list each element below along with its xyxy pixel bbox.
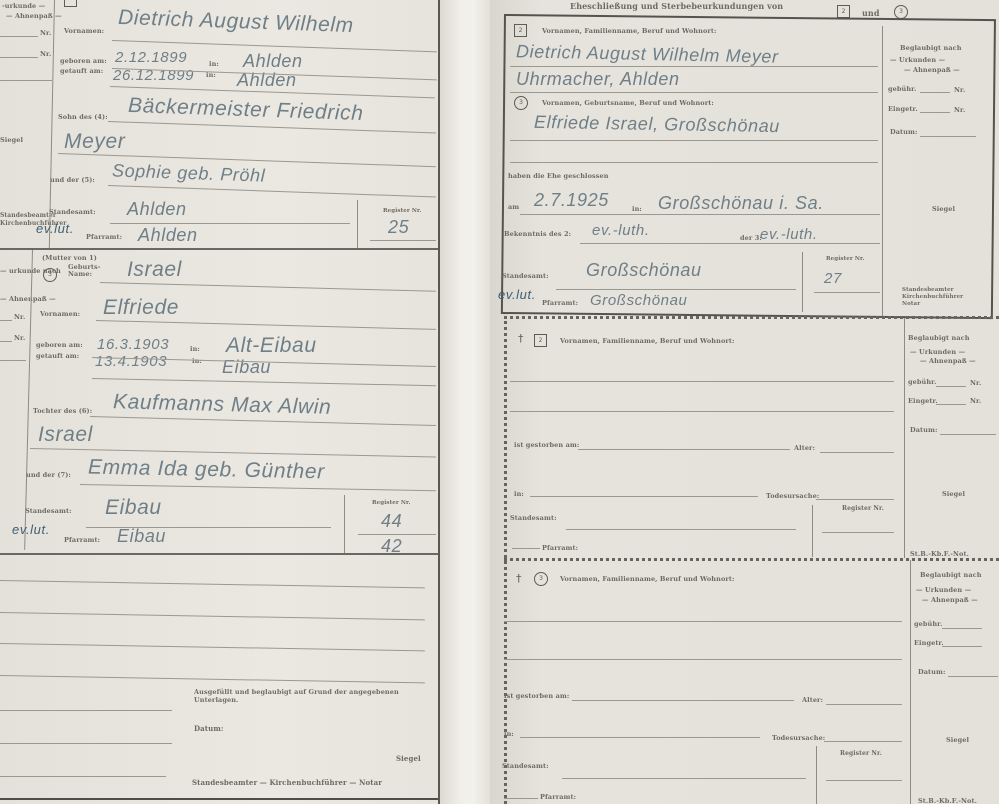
urkunden-label: — Urkunden — <box>890 56 945 64</box>
urkunden-label: — Urkunden — <box>910 348 965 356</box>
stub-label: Nr. <box>14 313 25 321</box>
circle-marker: 3 <box>894 5 908 19</box>
und-der-label: und der (7): <box>26 471 71 479</box>
todesursache-label: Todesursache: <box>772 734 825 742</box>
register-label: Register Nr. <box>383 208 422 214</box>
father-born-place: Ahlden <box>243 51 303 72</box>
geboren-label: geboren am: <box>36 341 83 349</box>
stub-label: Nr. <box>40 29 51 37</box>
bekenntnis-husband: ev.-luth. <box>592 222 650 239</box>
mother-baptism-date: 13.4.1903 <box>95 353 167 370</box>
left-page: -urkunde — — Ahnenpaß — Nr. Nr. Siegel S… <box>0 0 458 804</box>
signature-label: Standesbeamter Kirchenbuchführer Notar <box>902 287 972 308</box>
mother-born-date: 16.3.1903 <box>97 336 169 353</box>
beglaubigt-label: Beglaubigt nach <box>908 334 970 342</box>
standesamt-label: Standesamt: <box>502 272 549 280</box>
in-label: in: <box>209 60 219 68</box>
standesamt-label: Standesamt: <box>502 762 549 770</box>
beglaubigt-label: Beglaubigt nach <box>920 571 982 579</box>
in-label: in: <box>632 205 642 213</box>
wife-label: Vornamen, Geburtsname, Beruf und Wohnort… <box>542 99 714 107</box>
datum-label: Datum: <box>194 724 224 733</box>
mutter-label: (Mutter von 1) <box>42 254 97 262</box>
alter-label: Alter: <box>794 444 815 452</box>
husband-label: Vornamen, Familienname, Beruf und Wohnor… <box>542 27 717 35</box>
getauft-label: getauft am: <box>60 67 103 75</box>
signature-label: St.B.-Kb.F.-Not. <box>918 797 977 804</box>
name-label: Vornamen, Familienname, Beruf und Wohnor… <box>560 337 735 345</box>
der-label: der 3: <box>740 234 762 242</box>
father-standesamt: Ahlden <box>127 199 187 220</box>
father-father-line2: Meyer <box>64 130 125 154</box>
marriage-date: 2.7.1925 <box>534 190 609 211</box>
gebuehr-label: gebühr. <box>888 85 916 93</box>
father-mother: Sophie geb. Pröhl <box>112 160 266 186</box>
confession-note: ev.lut. <box>36 221 74 236</box>
signature-label: St.B.-Kb.F.-Not. <box>910 550 969 558</box>
gebuehr-label: gebühr. <box>914 620 942 628</box>
marriage-pfarramt: Großschönau <box>590 292 687 309</box>
stub-label: Siegel <box>0 136 23 144</box>
father-born-date: 2.12.1899 <box>115 49 187 66</box>
ahnenpass-label: — Ahnenpaß — <box>922 596 978 604</box>
gebuehr-label: gebühr. <box>908 378 936 386</box>
signature-label: Standesbeamter — Kirchenbuchführer — Not… <box>192 778 382 787</box>
stub-label: Nr. <box>40 50 51 58</box>
box-marker: 2 <box>534 334 547 347</box>
gestorben-label: ist gestorben am: <box>514 441 579 449</box>
geburtsname-label: Geburts-Name: <box>68 264 98 278</box>
siegel-label: Siegel <box>942 490 965 498</box>
nr-label: Nr. <box>954 86 965 94</box>
mother-mother: Emma Ida geb. Günther <box>88 456 325 485</box>
marriage-standesamt: Großschönau <box>586 260 702 281</box>
nr-label: Nr. <box>970 379 981 387</box>
mother-pfarramt: Eibau <box>117 526 166 547</box>
marriage-place: Großschönau i. Sa. <box>658 193 824 214</box>
cross-icon: † <box>516 572 522 585</box>
stub-label: -urkunde — <box>2 2 45 10</box>
circle-marker: 3 <box>43 268 57 282</box>
datum-label: Datum: <box>918 668 945 676</box>
geboren-label: geboren am: <box>60 57 107 65</box>
father-vornamen: Dietrich August Wilhelm <box>118 6 354 38</box>
am-label: am <box>508 203 519 211</box>
register-label: Register Nr. <box>826 256 865 262</box>
ahnenpass-label: — Ahnenpaß — <box>904 66 960 74</box>
father-father-line1: Bäckermeister Friedrich <box>128 94 364 126</box>
siegel-label: Siegel <box>946 736 969 744</box>
gestorben-label: ist gestorben am: <box>504 692 569 700</box>
tochter-des-label: Tochter des (6): <box>33 407 92 415</box>
ehe-label: haben die Ehe geschlossen <box>508 172 609 180</box>
todesursache-label: Todesursache: <box>766 492 819 500</box>
pfarramt-label: Pfarramt: <box>64 536 100 544</box>
getauft-label: getauft am: <box>36 352 79 360</box>
wife-line1: Elfriede Israel, Großschönau <box>534 112 780 137</box>
in-label: in: <box>514 490 524 498</box>
mother-vornamen: Elfriede <box>103 296 179 320</box>
cross-icon: † <box>518 332 524 345</box>
sohn-des-label: Sohn des (4): <box>58 113 108 121</box>
mother-father-line2: Israel <box>38 423 93 447</box>
in-label: in: <box>190 345 200 353</box>
stub-label: — Ahnenpaß — <box>0 295 56 303</box>
eingetr-label: Eingetr. <box>914 639 944 647</box>
husband-marker: 2 <box>514 24 527 37</box>
urkunden-label: — Urkunden — <box>916 586 971 594</box>
siegel-label: Siegel <box>932 205 955 213</box>
confession-note: ev.lut. <box>12 522 50 537</box>
right-page: Eheschließung und Sterbebeurkundungen vo… <box>490 0 999 804</box>
stub-label: Standesbeamter <box>0 212 56 219</box>
siegel-label: Siegel <box>396 754 421 763</box>
mother-geburtsname: Israel <box>127 258 182 282</box>
beglaubigt-label: Beglaubigt nach <box>900 44 962 52</box>
marriage-register-nr: 27 <box>824 270 842 287</box>
register-label: Register Nr. <box>840 750 882 757</box>
und-der-label: und der (5): <box>50 176 95 184</box>
datum-label: Datum: <box>910 426 937 434</box>
name-label: Vornamen, Familienname, Beruf und Wohnor… <box>560 575 735 583</box>
register-label: Register Nr. <box>842 505 884 512</box>
bekenntnis-label: Bekenntnis des 2: <box>504 230 571 238</box>
ahnenpass-label: — Ahnenpaß — <box>920 357 976 365</box>
father-pfarramt: Ahlden <box>138 225 198 246</box>
wife-marker: 3 <box>514 96 528 110</box>
bekenntnis-wife: ev.-luth. <box>760 226 818 243</box>
in-label: in: <box>192 357 202 365</box>
nr-label: Nr. <box>970 397 981 405</box>
eingetr-label: Eingetr. <box>908 397 938 405</box>
register-label: Register Nr. <box>372 500 411 506</box>
husband-line2: Uhrmacher, Ahlden <box>516 69 680 90</box>
alter-label: Alter: <box>802 696 823 704</box>
pfarramt-label: Pfarramt: <box>542 299 578 307</box>
standesamt-label: Standesamt: <box>25 507 72 515</box>
standesamt-label: Standesamt: <box>510 514 557 522</box>
in-label: in: <box>504 730 514 738</box>
pfarramt-label: Pfarramt: <box>542 544 578 552</box>
father-register-nr: 25 <box>388 217 409 238</box>
vornamen-label: Vornamen: <box>64 27 104 35</box>
section-title: Eheschließung und Sterbebeurkundungen vo… <box>570 1 783 11</box>
box-marker: 2 <box>837 5 850 18</box>
datum-label: Datum: <box>890 128 917 136</box>
nr-label: Nr. <box>954 106 965 114</box>
stub-label: Nr. <box>14 334 25 342</box>
box-marker <box>64 0 77 7</box>
und-label: und <box>862 8 880 18</box>
standesamt-label: Standesamt: <box>49 208 96 216</box>
eingetr-label: Eingetr. <box>888 105 918 113</box>
mother-register-nr-1: 44 <box>381 511 402 532</box>
mother-standesamt: Eibau <box>105 496 162 520</box>
pfarramt-label: Pfarramt: <box>86 233 122 241</box>
circle-marker: 3 <box>534 572 548 586</box>
vornamen-label: Vornamen: <box>40 310 80 318</box>
mother-father-line1: Kaufmanns Max Alwin <box>113 390 332 420</box>
mother-born-place: Alt-Eibau <box>226 334 317 358</box>
pfarramt-label: Pfarramt: <box>540 793 576 801</box>
confession-note: ev.lut. <box>498 287 536 302</box>
certification-text: Ausgefüllt und beglaubigt auf Grund der … <box>194 688 434 704</box>
